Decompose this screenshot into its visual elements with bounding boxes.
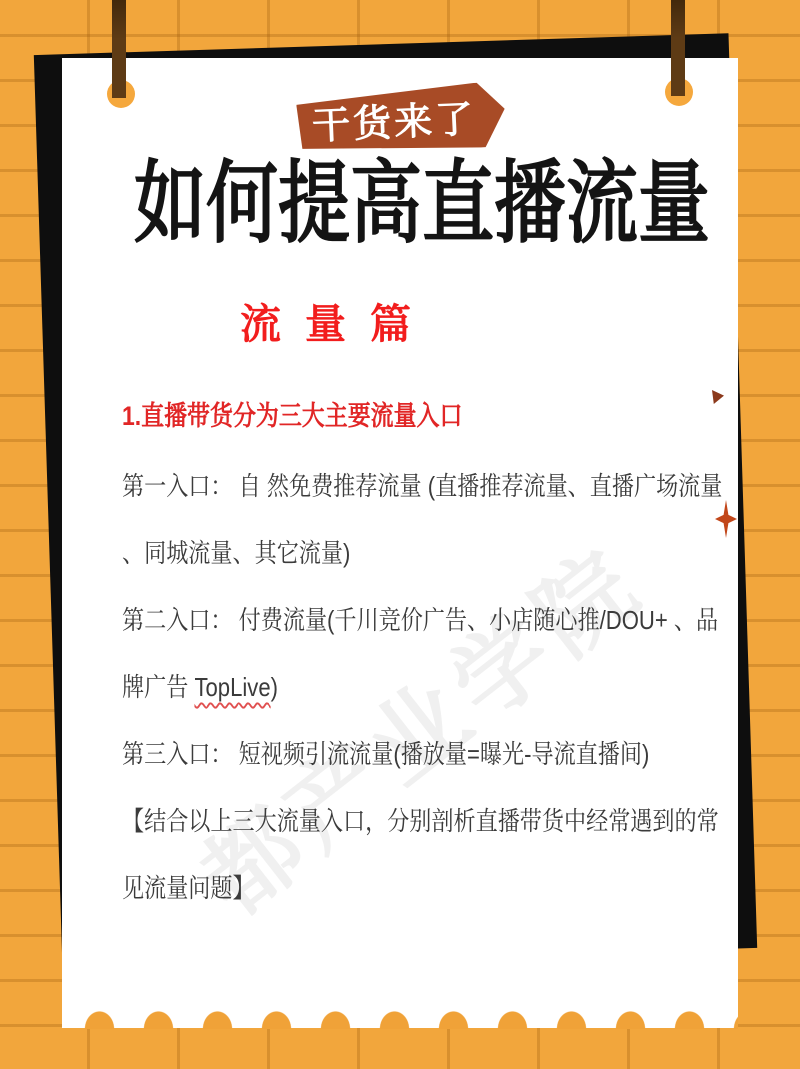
body-line-4-toplive: TopLive bbox=[194, 672, 270, 702]
section-heading: 1.直播带货分为三大主要流量入口 bbox=[122, 394, 646, 433]
paper-content: 如何提高直播流量 流量篇 1.直播带货分为三大主要流量入口 第一入口： 自 然免… bbox=[62, 58, 738, 1028]
page-title-text: 如何提高直播流量 bbox=[134, 156, 710, 253]
body-line-4-prefix: 牌广告 bbox=[122, 672, 194, 702]
page-title: 如何提高直播流量 bbox=[62, 156, 738, 253]
body-line-7: 见流量问题】 bbox=[122, 855, 646, 922]
scalloped-bottom-edge bbox=[62, 1009, 738, 1029]
body-text: 第一入口： 自 然免费推荐流量 (直播推荐流量、直播广场流量 、同城流量、其它流… bbox=[122, 453, 738, 922]
body-line-5: 第三入口： 短视频引流流量(播放量=曝光-导流直播间) bbox=[122, 721, 646, 788]
body-line-3: 第二入口： 付费流量(千川竞价广告、小店随心推/DOU+ 、品 bbox=[122, 587, 646, 654]
pin-strap-left-icon bbox=[112, 0, 126, 98]
body-line-2: 、同城流量、其它流量) bbox=[122, 520, 646, 587]
body-line-1: 第一入口： 自 然免费推荐流量 (直播推荐流量、直播广场流量 bbox=[122, 453, 646, 520]
subtitle-traffic-chapter: 流量篇 bbox=[240, 291, 738, 350]
poster-canvas: 都产业学院 如何提高直播流量 流量篇 1.直播带货分为三大主要流量入口 第一入口… bbox=[0, 0, 800, 1069]
body-line-4-suffix: ) bbox=[271, 672, 278, 702]
pin-strap-right-icon bbox=[671, 0, 685, 96]
white-paper-card: 都产业学院 如何提高直播流量 流量篇 1.直播带货分为三大主要流量入口 第一入口… bbox=[62, 58, 738, 1028]
body-line-6: 【结合以上三大流量入口，分别剖析直播带货中经常遇到的常 bbox=[122, 788, 646, 855]
body-line-4: 牌广告 TopLive) bbox=[122, 654, 646, 721]
